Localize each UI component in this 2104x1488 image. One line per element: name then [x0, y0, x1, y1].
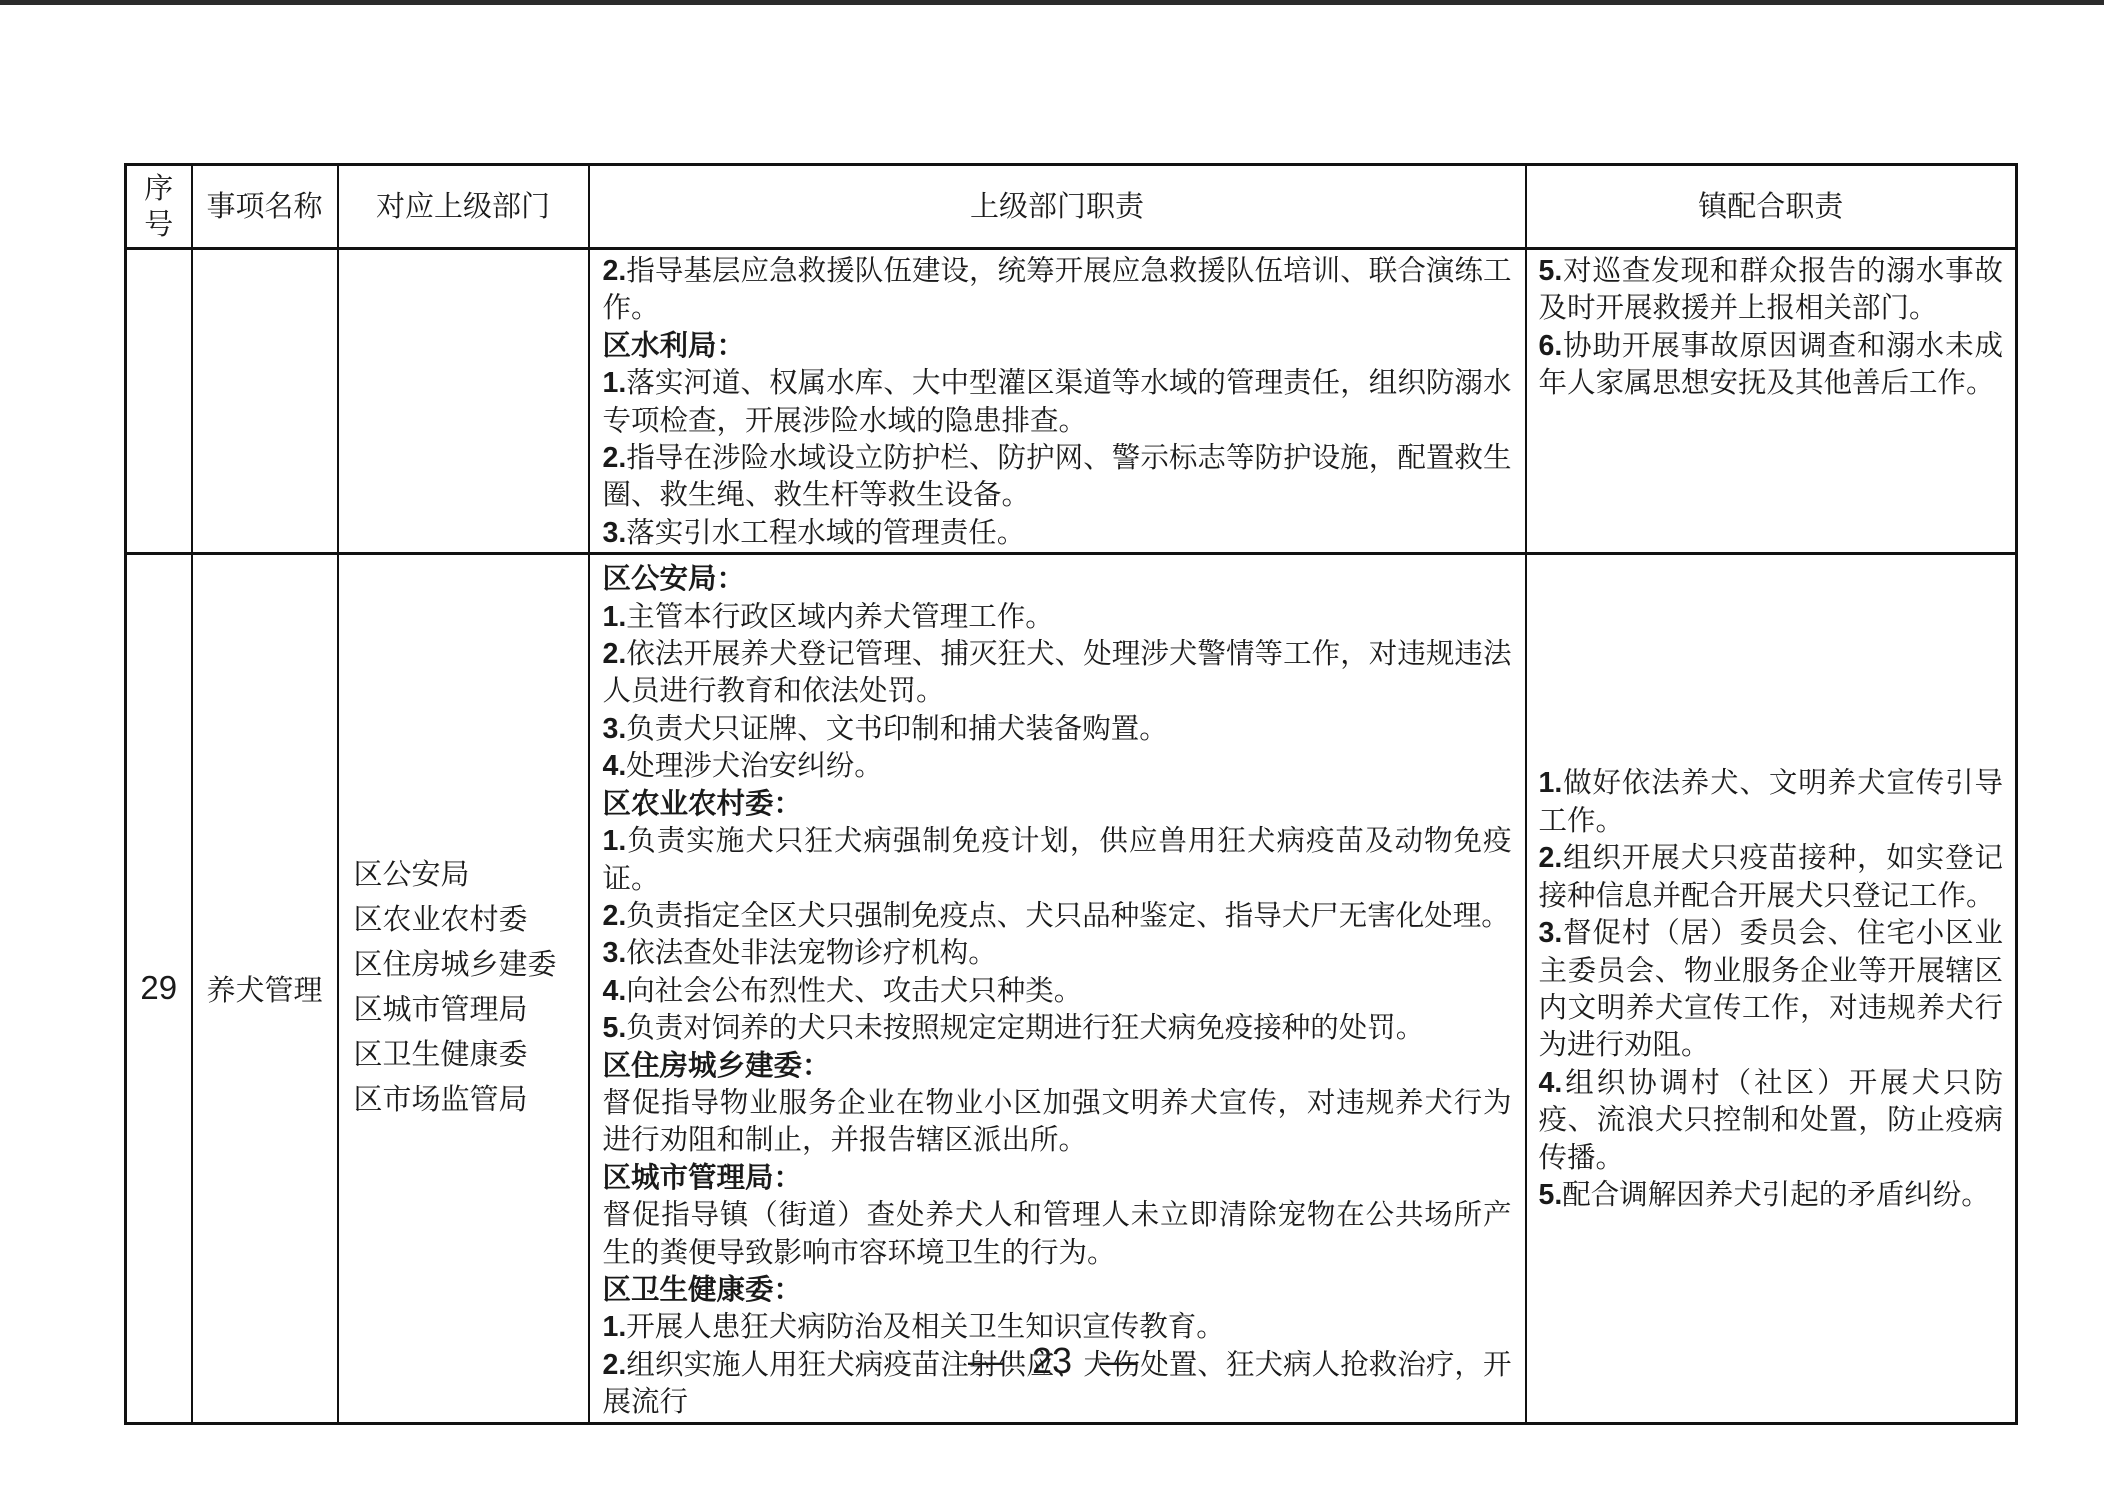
duty-paragraph: 1.主管本行政区域内养犬管理工作。	[603, 599, 1512, 636]
list-number: 4.	[1539, 1067, 1563, 1099]
duty-paragraph: 2.负责指定全区犬只强制免疫点、犬只品种鉴定、指导犬尸无害化处理。	[603, 898, 1512, 935]
town-duties-cell: 1.做好依法养犬、文明养犬宣传引导工作。2.组织开展犬只疫苗接种，如实登记接种信…	[1526, 554, 2017, 1423]
duty-paragraph: 5.配合调解因养犬引起的矛盾纠纷。	[1539, 1177, 2004, 1214]
duty-paragraph: 4.处理涉犬治安纠纷。	[603, 748, 1512, 785]
list-number: 1.	[1539, 767, 1563, 799]
header-serial-number: 序 号	[126, 165, 192, 249]
duty-paragraph: 2.指导在涉险水域设立防护栏、防护网、警示标志等防护设施，配置救生圈、救生绳、救…	[603, 440, 1512, 515]
department-name: 区农业农村委	[354, 898, 588, 943]
duty-paragraph: 4.向社会公布烈性犬、攻击犬只种类。	[603, 973, 1512, 1010]
item-name-cell	[192, 249, 338, 554]
document-page: 序 号 事项名称 对应上级部门 上级部门职责 镇配合职责 2.指导基层应急救援队…	[0, 0, 2104, 1488]
table-row-29: 29 养犬管理 区公安局区农业农村委区住房城乡建委区城市管理局区卫生健康委区市场…	[126, 554, 2017, 1423]
page-number: — 23 —	[0, 1340, 2104, 1382]
list-number: 5.	[1539, 255, 1563, 287]
duty-paragraph: 2.依法开展养犬登记管理、捕灭狂犬、处理涉犬警情等工作，对违规违法人员进行教育和…	[603, 636, 1512, 711]
department-heading: 区农业农村委：	[603, 786, 1512, 823]
town-duties-cell: 5.对巡查发现和群众报告的溺水事故及时开展救援并上报相关部门。6.协助开展事故原…	[1526, 249, 2017, 554]
superior-duties-cell: 2.指导基层应急救援队伍建设，统筹开展应急救援队伍培训、联合演练工作。区水利局：…	[589, 249, 1526, 554]
department-heading: 区水利局：	[603, 328, 1512, 365]
list-number: 4.	[603, 975, 627, 1007]
department-name: 区住房城乡建委	[354, 943, 588, 988]
departments-cell: 区公安局区农业农村委区住房城乡建委区城市管理局区卫生健康委区市场监管局	[338, 554, 589, 1423]
duty-paragraph: 1.做好依法养犬、文明养犬宣传引导工作。	[1539, 765, 2004, 840]
list-number: 5.	[603, 1012, 627, 1044]
department-name: 区卫生健康委	[354, 1033, 588, 1078]
list-number: 2.	[603, 638, 627, 670]
list-number: 5.	[1539, 1179, 1563, 1211]
table-row-continuation: 2.指导基层应急救援队伍建设，统筹开展应急救援队伍培训、联合演练工作。区水利局：…	[126, 249, 2017, 554]
header-superior-department: 对应上级部门	[338, 165, 589, 249]
list-number: 1.	[603, 1311, 627, 1343]
duty-paragraph: 3.落实引水工程水域的管理责任。	[603, 515, 1512, 552]
table-header-row: 序 号 事项名称 对应上级部门 上级部门职责 镇配合职责	[126, 165, 2017, 249]
department-name: 区城市管理局	[354, 988, 588, 1033]
serial-number-cell: 29	[126, 554, 192, 1423]
duty-paragraph: 4.组织协调村（社区）开展犬只防疫、流浪犬只控制和处置，防止疫病传播。	[1539, 1065, 2004, 1177]
departments-cell	[338, 249, 589, 554]
list-number: 6.	[1539, 330, 1563, 362]
duty-paragraph: 3.督促村（居）委员会、住宅小区业主委员会、物业服务企业等开展辖区内文明养犬宣传…	[1539, 915, 2004, 1065]
duty-paragraph: 督促指导物业服务企业在物业小区加强文明养犬宣传，对违规养犬行为进行劝阻和制止，并…	[603, 1085, 1512, 1160]
responsibility-table: 序 号 事项名称 对应上级部门 上级部门职责 镇配合职责 2.指导基层应急救援队…	[124, 163, 2018, 1425]
department-heading: 区公安局：	[603, 561, 1512, 598]
list-number: 1.	[603, 367, 627, 399]
department-name: 区公安局	[354, 853, 588, 898]
duty-paragraph: 1.负责实施犬只狂犬病强制免疫计划，供应兽用狂犬病疫苗及动物免疫证。	[603, 823, 1512, 898]
list-number: 2.	[603, 255, 627, 287]
list-number: 3.	[603, 517, 627, 549]
duty-paragraph: 2.指导基层应急救援队伍建设，统筹开展应急救援队伍培训、联合演练工作。	[603, 253, 1512, 328]
list-number: 3.	[603, 713, 627, 745]
scan-edge-artifact	[0, 0, 2104, 5]
duty-paragraph: 3.负责犬只证牌、文书印制和捕犬装备购置。	[603, 711, 1512, 748]
duty-paragraph: 3.依法查处非法宠物诊疗机构。	[603, 935, 1512, 972]
list-number: 2.	[603, 900, 627, 932]
list-number: 1.	[603, 601, 627, 633]
duty-paragraph: 督促指导镇（街道）查处养犬人和管理人未立即清除宠物在公共场所产生的粪便导致影响市…	[603, 1197, 1512, 1272]
item-name-cell: 养犬管理	[192, 554, 338, 1423]
department-heading: 区卫生健康委：	[603, 1272, 1512, 1309]
duty-paragraph: 5.负责对饲养的犬只未按照规定定期进行狂犬病免疫接种的处罚。	[603, 1010, 1512, 1047]
list-number: 1.	[603, 825, 627, 857]
superior-duties-cell: 区公安局：1.主管本行政区域内养犬管理工作。2.依法开展养犬登记管理、捕灭狂犬、…	[589, 554, 1526, 1423]
list-number: 4.	[603, 750, 627, 782]
department-name: 区市场监管局	[354, 1078, 588, 1123]
duty-paragraph: 5.对巡查发现和群众报告的溺水事故及时开展救援并上报相关部门。	[1539, 253, 2004, 328]
department-heading: 区住房城乡建委：	[603, 1048, 1512, 1085]
serial-number-cell	[126, 249, 192, 554]
header-superior-duties: 上级部门职责	[589, 165, 1526, 249]
duty-paragraph: 6.协助开展事故原因调查和溺水未成年人家属思想安抚及其他善后工作。	[1539, 328, 2004, 403]
department-heading: 区城市管理局：	[603, 1160, 1512, 1197]
duty-paragraph: 2.组织开展犬只疫苗接种，如实登记接种信息并配合开展犬只登记工作。	[1539, 840, 2004, 915]
duty-paragraph: 1.落实河道、权属水库、大中型灌区渠道等水域的管理责任，组织防溺水专项检查，开展…	[603, 365, 1512, 440]
header-item-name: 事项名称	[192, 165, 338, 249]
list-number: 3.	[1539, 917, 1563, 949]
list-number: 3.	[603, 937, 627, 969]
list-number: 2.	[1539, 842, 1563, 874]
header-town-duties: 镇配合职责	[1526, 165, 2017, 249]
list-number: 2.	[603, 442, 627, 474]
